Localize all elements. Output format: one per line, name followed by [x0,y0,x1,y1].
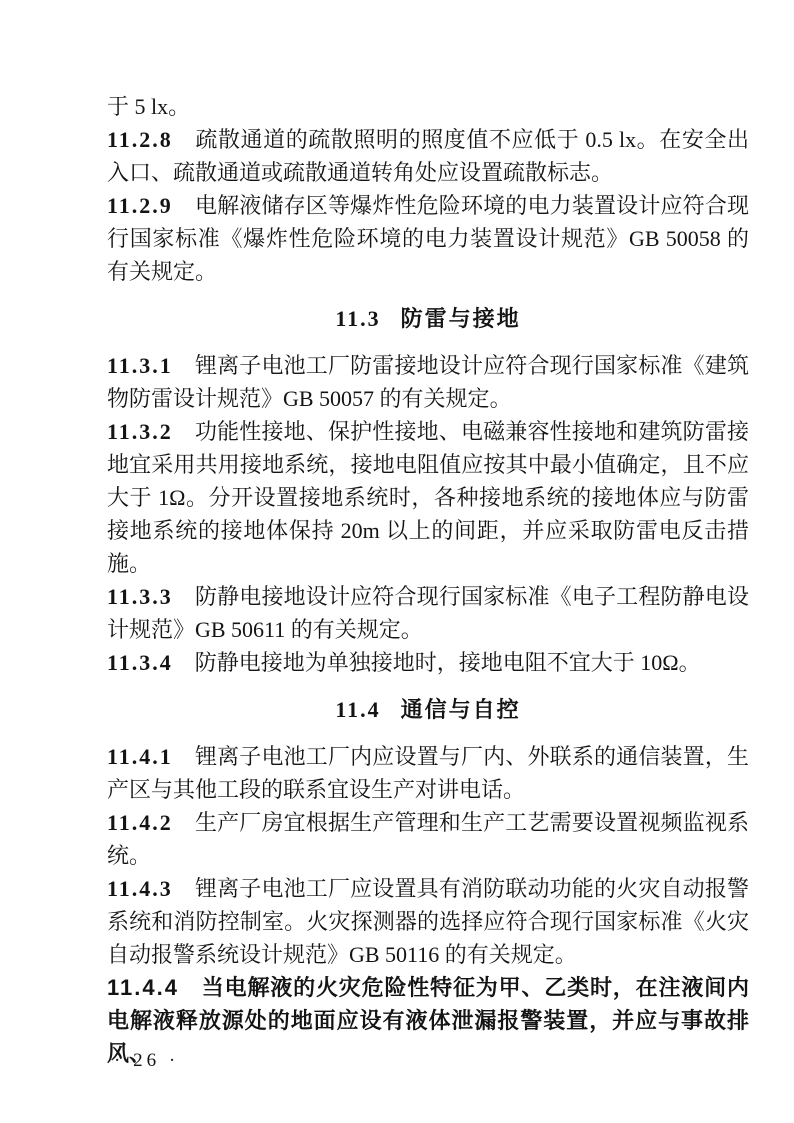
clause-text: 锂离子电池工厂应设置具有消防联动功能的火灾自动报警系统和消防控制室。火灾探测器的… [107,876,749,967]
section-heading-11-4: 11.4通信与自控 [107,693,749,726]
clause-number: 11.3.4 [107,650,173,675]
clause-11-3-2: 11.3.2功能性接地、保护性接地、电磁兼容性接地和建筑防雷接地宜采用共用接地系… [107,415,749,580]
clause-number: 11.2.8 [107,127,173,152]
clause-text: 锂离子电池工厂内应设置与厂内、外联系的通信装置，生产区与其他工段的联系宜设生产对… [107,744,749,802]
clause-text: 功能性接地、保护性接地、电磁兼容性接地和建筑防雷接地宜采用共用接地系统，接地电阻… [107,419,749,576]
page-number: · 26 · [114,1050,179,1072]
clause-number: 11.3.3 [107,584,173,609]
section-heading-11-3: 11.3防雷与接地 [107,302,749,335]
section-title: 通信与自控 [401,697,521,722]
clause-11-3-4: 11.3.4防静电接地为单独接地时，接地电阻不宜大于 10Ω。 [107,646,749,679]
clause-number: 11.4.2 [107,810,173,835]
section-number: 11.3 [335,306,380,331]
clause-text: 防静电接地为单独接地时，接地电阻不宜大于 10Ω。 [195,650,701,675]
clause-number: 11.2.9 [107,193,173,218]
clause-11-3-1: 11.3.1锂离子电池工厂防雷接地设计应符合现行国家标准《建筑物防雷设计规范》G… [107,349,749,415]
section-title: 防雷与接地 [401,306,521,331]
text-block: 于 5 lx。 11.2.8疏散通道的疏散照明的照度值不应低于 0.5 lx。在… [107,90,749,1070]
clause-text: 生产厂房宜根据生产管理和生产工艺需要设置视频监视系统。 [107,810,749,868]
clause-number: 11.3.2 [107,419,173,444]
clause-text: 电解液储存区等爆炸性危险环境的电力装置设计应符合现行国家标准《爆炸性危险环境的电… [107,193,749,284]
clause-11-2-9: 11.2.9电解液储存区等爆炸性危险环境的电力装置设计应符合现行国家标准《爆炸性… [107,189,749,288]
clause-11-4-3: 11.4.3锂离子电池工厂应设置具有消防联动功能的火灾自动报警系统和消防控制室。… [107,872,749,971]
clause-11-4-2: 11.4.2生产厂房宜根据生产管理和生产工艺需要设置视频监视系统。 [107,806,749,872]
clause-number: 11.4.3 [107,876,173,901]
clause-number: 11.4.4 [107,975,179,1000]
clause-text: 防静电接地设计应符合现行国家标准《电子工程防静电设计规范》GB 50611 的有… [107,584,749,642]
section-number: 11.4 [335,697,380,722]
clause-11-4-1: 11.4.1锂离子电池工厂内应设置与厂内、外联系的通信装置，生产区与其他工段的联… [107,740,749,806]
clause-text: 当电解液的火灾危险性特征为甲、乙类时，在注液间内电解液释放源处的地面应设有液体泄… [107,975,749,1066]
clause-text: 疏散通道的疏散照明的照度值不应低于 0.5 lx。在安全出入口、疏散通道或疏散通… [107,127,749,185]
clause-11-4-4-mandatory: 11.4.4当电解液的火灾危险性特征为甲、乙类时，在注液间内电解液释放源处的地面… [107,971,749,1070]
clause-11-2-8: 11.2.8疏散通道的疏散照明的照度值不应低于 0.5 lx。在安全出入口、疏散… [107,123,749,189]
clause-number: 11.4.1 [107,744,173,769]
clause-text: 锂离子电池工厂防雷接地设计应符合现行国家标准《建筑物防雷设计规范》GB 5005… [107,353,749,411]
clause-number: 11.3.1 [107,353,173,378]
paragraph-continuation: 于 5 lx。 [107,90,749,123]
clause-11-3-3: 11.3.3防静电接地设计应符合现行国家标准《电子工程防静电设计规范》GB 50… [107,580,749,646]
continuation-text: 于 5 lx。 [107,94,190,119]
document-page: 于 5 lx。 11.2.8疏散通道的疏散照明的照度值不应低于 0.5 lx。在… [0,0,794,1123]
